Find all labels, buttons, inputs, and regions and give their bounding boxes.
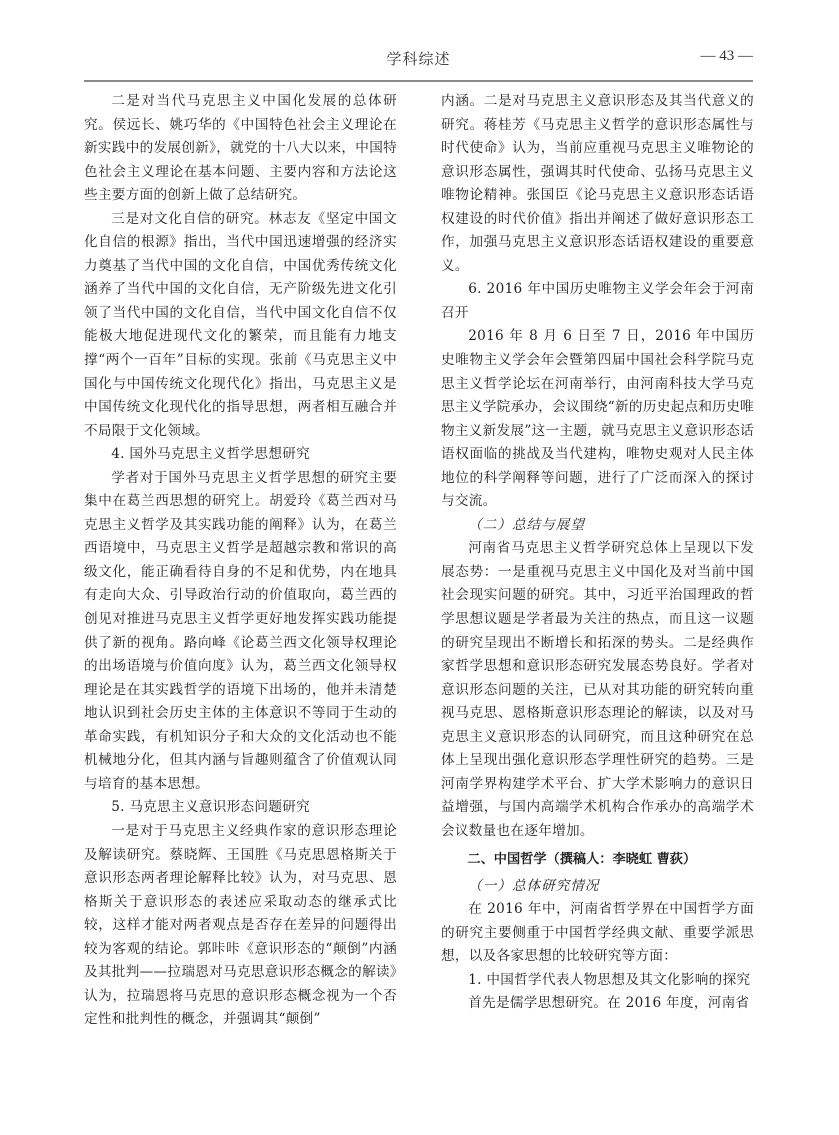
- paragraph-ideology-contemporary: 内涵。二是对马克思主义意识形态及其当代意义的研究。蒋桂芳《马克思主义哲学的意识形…: [441, 90, 754, 278]
- right-column: 内涵。二是对马克思主义意识形态及其当代意义的研究。蒋桂芳《马克思主义哲学的意识形…: [441, 90, 754, 1016]
- section-heading-chinese-philosophy: 二、中国哲学（撰稿人：李晓虹 曹荻）: [441, 846, 754, 873]
- heading-conference-2016: 6. 2016 年中国历史唯物主义学会年会于河南召开: [441, 278, 754, 325]
- paragraph-cultural-confidence: 三是对文化自信的研究。林志友《坚定中国文化自信的根源》指出，当代中国迅速增强的经…: [84, 208, 397, 443]
- paragraph-ideology-classics: 一是对于马克思主义经典作家的意识形态理论及解读研究。蔡晓辉、王国胜《马克思恩格斯…: [84, 820, 397, 1032]
- paragraph-trends: 河南省马克思主义哲学研究总体上呈现以下发展态势：一是重视马克思主义中国化及对当前…: [441, 537, 754, 843]
- paragraph-confucian-study: 首先是儒学思想研究。在 2016 年度，河南省: [441, 992, 754, 1016]
- heading-representative-figures: 1. 中国哲学代表人物思想及其文化影响的探究: [441, 969, 754, 993]
- paragraph-gramsci: 学者对于国外马克思主义哲学思想的研究主要集中在葛兰西思想的研究上。胡爱玲《葛兰西…: [84, 467, 397, 797]
- page-number: — 43 —: [701, 48, 754, 65]
- page-header: 学科综述 — 43 —: [84, 44, 753, 82]
- paragraph-sinicization: 二是对当代马克思主义中国化发展的总体研究。侯远长、姚巧华的《中国特色社会主义理论…: [84, 90, 397, 208]
- subheading-summary-outlook: （二）总结与展望: [441, 514, 754, 538]
- paragraph-overview-2016: 在 2016 年中，河南省哲学界在中国哲学方面的研究主要侧重于中国哲学经典文献、…: [441, 898, 754, 969]
- heading-ideology: 5. 马克思主义意识形态问题研究: [84, 796, 397, 820]
- heading-foreign-marxism: 4. 国外马克思主义哲学思想研究: [84, 443, 397, 467]
- left-column: 二是对当代马克思主义中国化发展的总体研究。侯远长、姚巧华的《中国特色社会主义理论…: [84, 90, 397, 1032]
- running-title: 学科综述: [84, 48, 753, 69]
- paragraph-conference: 2016 年 8 月 6 日至 7 日，2016 年中国历史唯物主义学会年会暨第…: [441, 325, 754, 513]
- subheading-overall-research: （一）总体研究情况: [441, 875, 754, 899]
